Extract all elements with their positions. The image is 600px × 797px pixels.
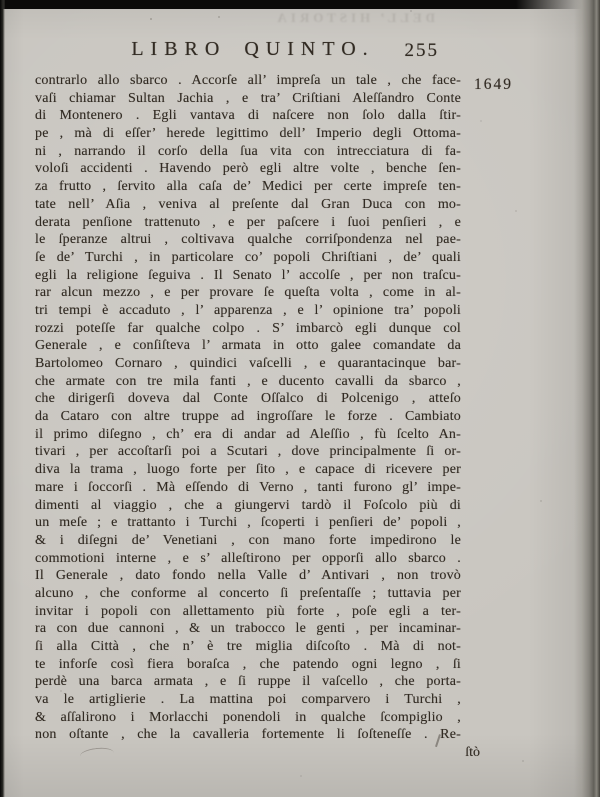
text-line: voloſi accidenti . Havendo però egli alt… [35, 160, 461, 178]
text-line: ſi alla Città , che n’ è tre miglia diſc… [35, 638, 461, 656]
text-line: alcuno , che conforme al concerto ſi pre… [35, 585, 461, 603]
text-line: che dirigerſi doveva dal Conte Oſſalco d… [35, 390, 461, 408]
text-line: rozzi poteſſe far qualche colpo . S’ imb… [35, 320, 461, 338]
text-line: perdè una barca armata , e ſi ruppe il v… [35, 673, 461, 691]
text-line: da Cataro con altre truppe ad ingroſſare… [35, 408, 461, 426]
text-line: di Montenero . Egli vantava di naſcere n… [35, 107, 461, 125]
bleed-through-ghost-text: DELL’ HISTORIA [225, 10, 435, 26]
text-line: diva la trama , luogo forte per ſito , e… [35, 461, 461, 479]
text-line: tivari , per accoſtarſi poi a Scutari , … [35, 443, 461, 461]
text-line: ni , narrando il corſo della ſua vita co… [35, 143, 461, 161]
text-line: mare i ſoccorſi . Mà eſſendo di Verno , … [35, 479, 461, 497]
top-edge-border [0, 0, 600, 9]
text-line: il primo diſegno , ch’ era di andar ad A… [35, 426, 461, 444]
page-content: LIBRO QUINTO. 255 contrarlo allo sbarco … [35, 38, 461, 762]
text-line: va le artiglierie . La mattina poi compa… [35, 691, 461, 709]
catchword: ſtò [35, 744, 480, 762]
text-line: te inforſe così fiera boraſca , che pate… [35, 656, 461, 674]
text-line: commotioni interne , e s’ alleſtirono pe… [35, 550, 461, 568]
text-line: vaſi chiamar Sultan Jachia , e tra’ Criſ… [35, 90, 461, 108]
text-line: le ſperanze altrui , coltivava qualche c… [35, 231, 461, 249]
text-line: Il Generale , dato fondo nella Valle d’ … [35, 567, 461, 585]
text-line: dimenti al viaggio , che a giungervi tar… [35, 497, 461, 515]
text-line: za frutto , ſervito alla caſa de’ Medici… [35, 178, 461, 196]
text-line: che armate con tre mila fanti , e ducent… [35, 373, 461, 391]
text-line: Generale , e conſiſteva l’ armata in ott… [35, 337, 461, 355]
text-line: un meſe ; e trattanto i Turchi , ſcopert… [35, 514, 461, 532]
text-line: Bartolomeo Cornaro , quindici vaſcelli ,… [35, 355, 461, 373]
body-text: contrarlo allo sbarco . Accorſe all’ imp… [35, 72, 461, 744]
page-edge-shadow [574, 0, 600, 797]
paper-speckles [0, 0, 2, 2]
text-line: egli la religione ſeguiva . Il Senato l’… [35, 267, 461, 285]
text-line: derata penſione trattenuto , e per paſce… [35, 214, 461, 232]
text-line: pe , mà di eſſer’ herede legittimo dell’… [35, 125, 461, 143]
text-line: ra con due cannoni , & un trabocco le ge… [35, 620, 461, 638]
text-line: tri tempi è accaduto , l’ apparenza , e … [35, 302, 461, 320]
text-line: rar alcun mezzo , e per provare ſe queſt… [35, 284, 461, 302]
page-header: LIBRO QUINTO. 255 [35, 38, 461, 68]
text-line: non oſtante , che la cavalleria fortemen… [35, 726, 461, 744]
text-line: tate nell’ Aſia , veniva al preſente dal… [35, 196, 461, 214]
running-title: LIBRO QUINTO. [121, 38, 374, 61]
text-line: & i diſegni de’ Venetiani , con mano for… [35, 532, 461, 550]
margin-year: 1649 [474, 76, 513, 94]
scan-page: DELL’ HISTORIA 1649 LIBRO QUINTO. 255 co… [0, 0, 600, 797]
left-edge-border [0, 0, 5, 797]
text-line: ſe de’ Turchi , in particolare co’ popol… [35, 249, 461, 267]
text-line: contrarlo allo sbarco . Accorſe all’ imp… [35, 72, 461, 90]
text-line: & aſſalirono i Morlacchi ponendoli in qu… [35, 709, 461, 727]
page-number: 255 [405, 40, 440, 62]
text-line: invitar i popoli con allettamento più fo… [35, 603, 461, 621]
